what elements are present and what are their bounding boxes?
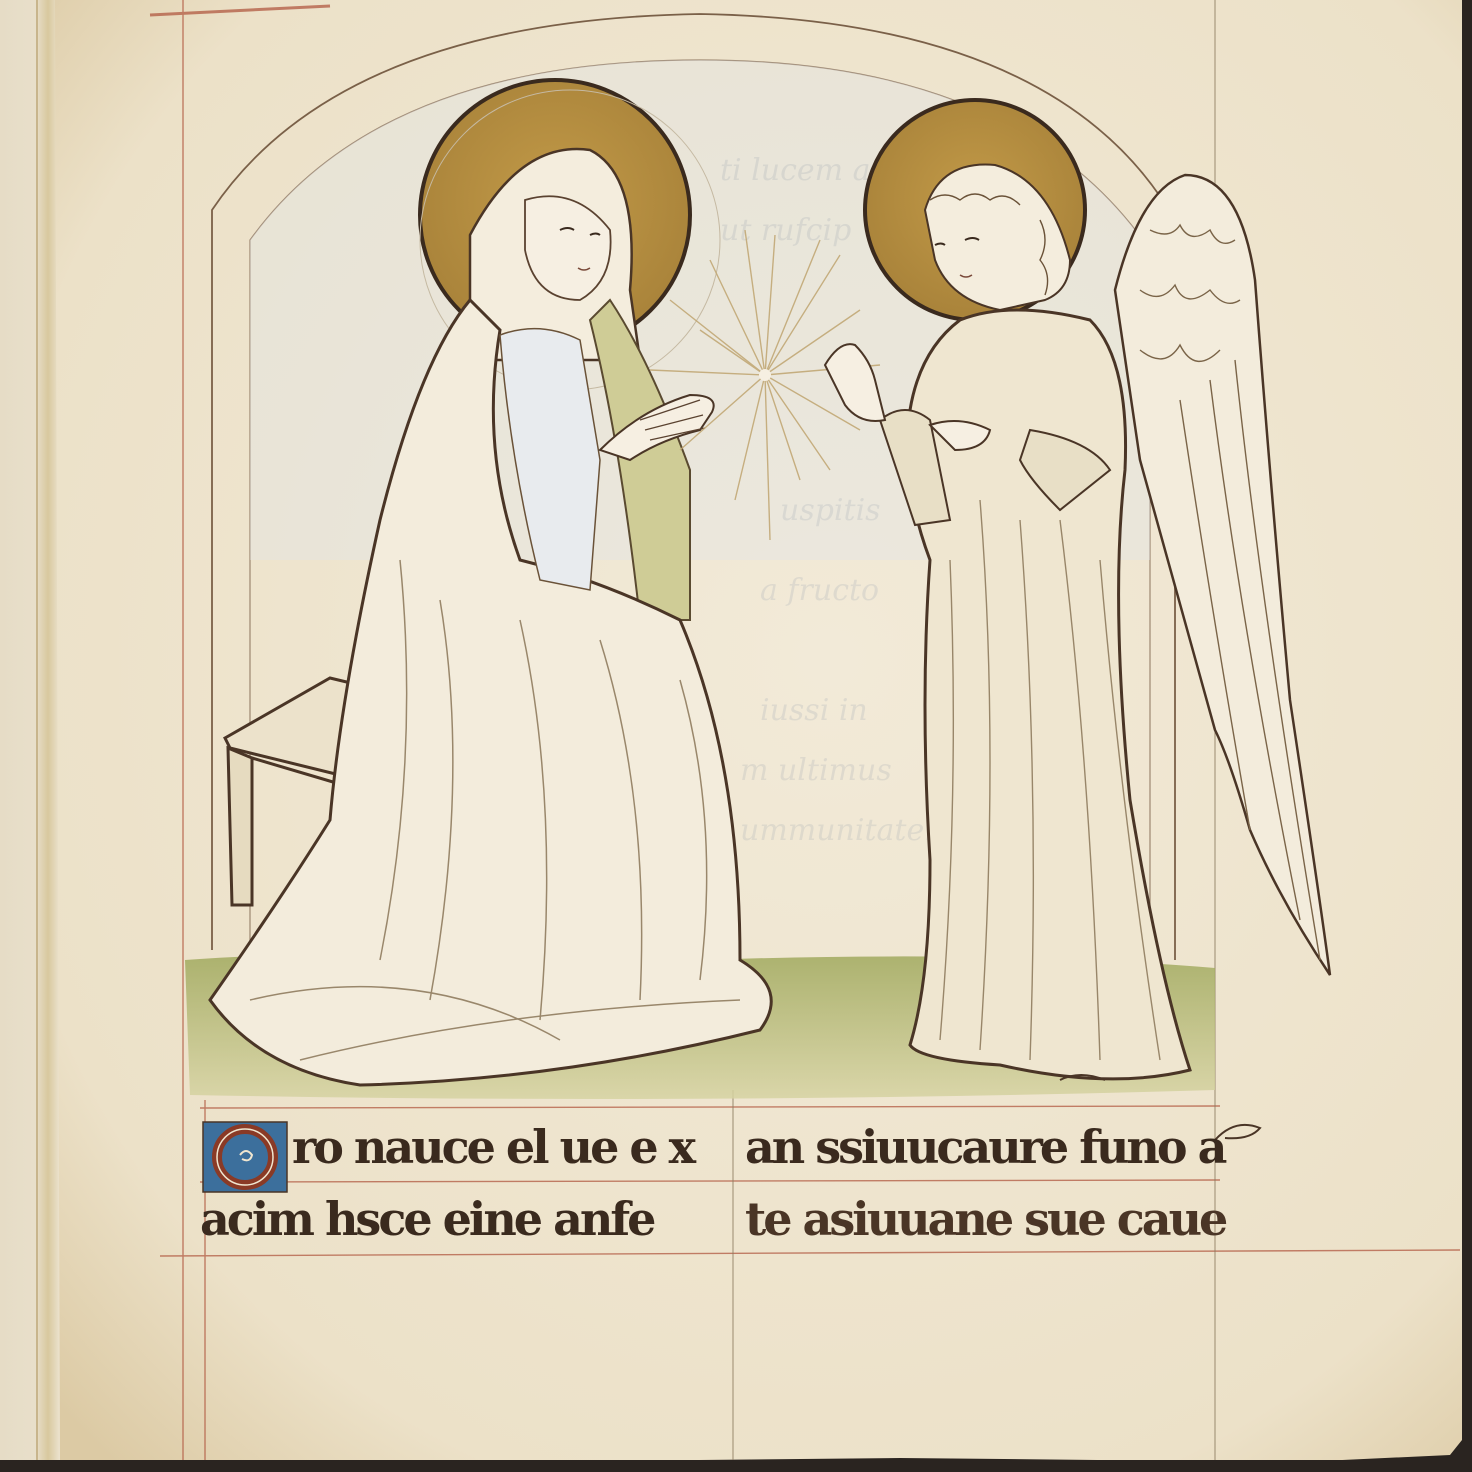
svg-text:ummunitatem: ummunitatem: [740, 813, 953, 848]
svg-text:iussi in: iussi in: [760, 693, 868, 728]
svg-text:m ultimus: m ultimus: [740, 753, 892, 788]
text-line: an ssiuucaure funo a: [745, 1120, 1224, 1174]
svg-text:a fructo: a fructo: [760, 573, 879, 608]
text-line: ro nauce el ue e x: [292, 1120, 693, 1174]
manuscript-page-image: ti lucem ad ut rufcip uspitis a fructo i…: [0, 0, 1472, 1472]
facing-page-edge: [0, 0, 60, 1472]
svg-text:ut rufcip: ut rufcip: [720, 213, 851, 248]
text-line: acim hsce eine anfe: [200, 1192, 653, 1246]
text-line: te asiuuane sue caue: [745, 1192, 1225, 1246]
decorated-initial: [203, 1122, 287, 1192]
svg-text:uspitis: uspitis: [780, 493, 881, 528]
svg-text:ti lucem ad: ti lucem ad: [720, 153, 890, 188]
illumination-svg: ti lucem ad ut rufcip uspitis a fructo i…: [0, 0, 1472, 1472]
